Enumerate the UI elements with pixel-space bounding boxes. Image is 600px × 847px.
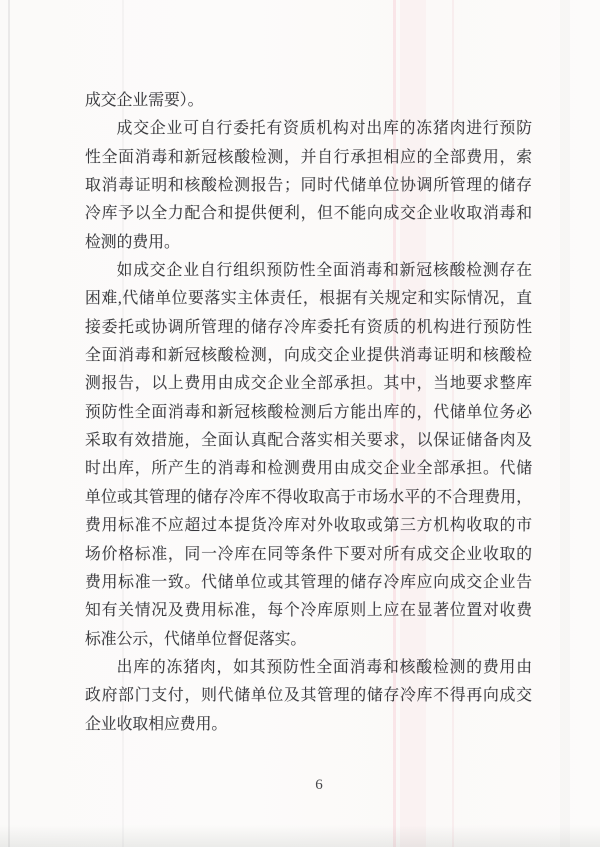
document-body: 成交企业需要）。成交企业可自行委托有资质机构对出库的冻猪肉进行预防性全面消毒和新…: [85, 87, 532, 739]
paragraph: 成交企业需要）。: [85, 87, 532, 115]
text-line: 费用标准不应超过本提货冷库对外收取或第三方机构收取的市: [85, 512, 532, 540]
text-line: 全面消毒和新冠核酸检测，向成交企业提供消毒证明和核酸检: [85, 342, 532, 370]
paragraph: 如成交企业自行组织预防性全面消毒和新冠核酸检测存在困难,代储单位要落实主体责任，…: [85, 257, 532, 654]
text-line: 费用标准一致。代储单位或其管理的储存冷库应向成交企业告: [85, 569, 532, 597]
text-line: 时出库，所产生的消毒和检测费用由成交企业全部承担。代储: [85, 455, 532, 483]
text-line: 如成交企业自行组织预防性全面消毒和新冠核酸检测存在: [85, 257, 532, 285]
text-line: 冷库予以全力配合和提供便利，但不能向成交企业收取消毒和: [85, 200, 532, 228]
text-line: 单位或其管理的储存冷库不得收取高于市场水平的不合理费用，: [85, 484, 532, 512]
text-line: 企业收取相应费用。: [85, 711, 532, 739]
text-line: 测报告，以上费用由成交企业全部承担。其中，当地要求整库: [85, 370, 532, 398]
text-line: 取消毒证明和核酸检测报告；同时代储单位协调所管理的储存: [85, 172, 532, 200]
text-line: 成交企业需要）。: [85, 87, 532, 115]
text-line: 困难,代储单位要落实主体责任，根据有关规定和实际情况，直: [85, 285, 532, 313]
paragraph: 出库的冻猪肉，如其预防性全面消毒和核酸检测的费用由政府部门支付，则代储单位及其管…: [85, 654, 532, 739]
text-line: 场价格标准，同一冷库在同等条件下要对所有成交企业收取的: [85, 541, 532, 569]
page-number: 6: [19, 771, 600, 799]
text-line: 政府部门支付，则代储单位及其管理的储存冷库不得再向成交: [85, 682, 532, 710]
text-line: 性全面消毒和新冠核酸检测，并自行承担相应的全部费用，索: [85, 144, 532, 172]
text-line: 预防性全面消毒和新冠核酸检测后方能出库的，代储单位务必: [85, 399, 532, 427]
text-line: 标准公示，代储单位督促落实。: [85, 626, 532, 654]
scan-streak: [8, 0, 10, 847]
text-line: 知有关情况及费用标准，每个冷库原则上应在显著位置对收费: [85, 597, 532, 625]
paragraph: 成交企业可自行委托有资质机构对出库的冻猪肉进行预防性全面消毒和新冠核酸检测，并自…: [85, 115, 532, 257]
text-line: 检测的费用。: [85, 229, 532, 257]
text-line: 成交企业可自行委托有资质机构对出库的冻猪肉进行预防: [85, 115, 532, 143]
scan-streak: [560, 0, 570, 847]
scan-bottom-shade: [0, 825, 600, 847]
text-line: 接委托或协调所管理的储存冷库委托有资质的机构进行预防性: [85, 314, 532, 342]
text-line: 采取有效措施，全面认真配合落实相关要求，以保证储备肉及: [85, 427, 532, 455]
text-line: 出库的冻猪肉，如其预防性全面消毒和核酸检测的费用由: [85, 654, 532, 682]
scanned-document-page: 成交企业需要）。成交企业可自行委托有资质机构对出库的冻猪肉进行预防性全面消毒和新…: [0, 0, 600, 847]
